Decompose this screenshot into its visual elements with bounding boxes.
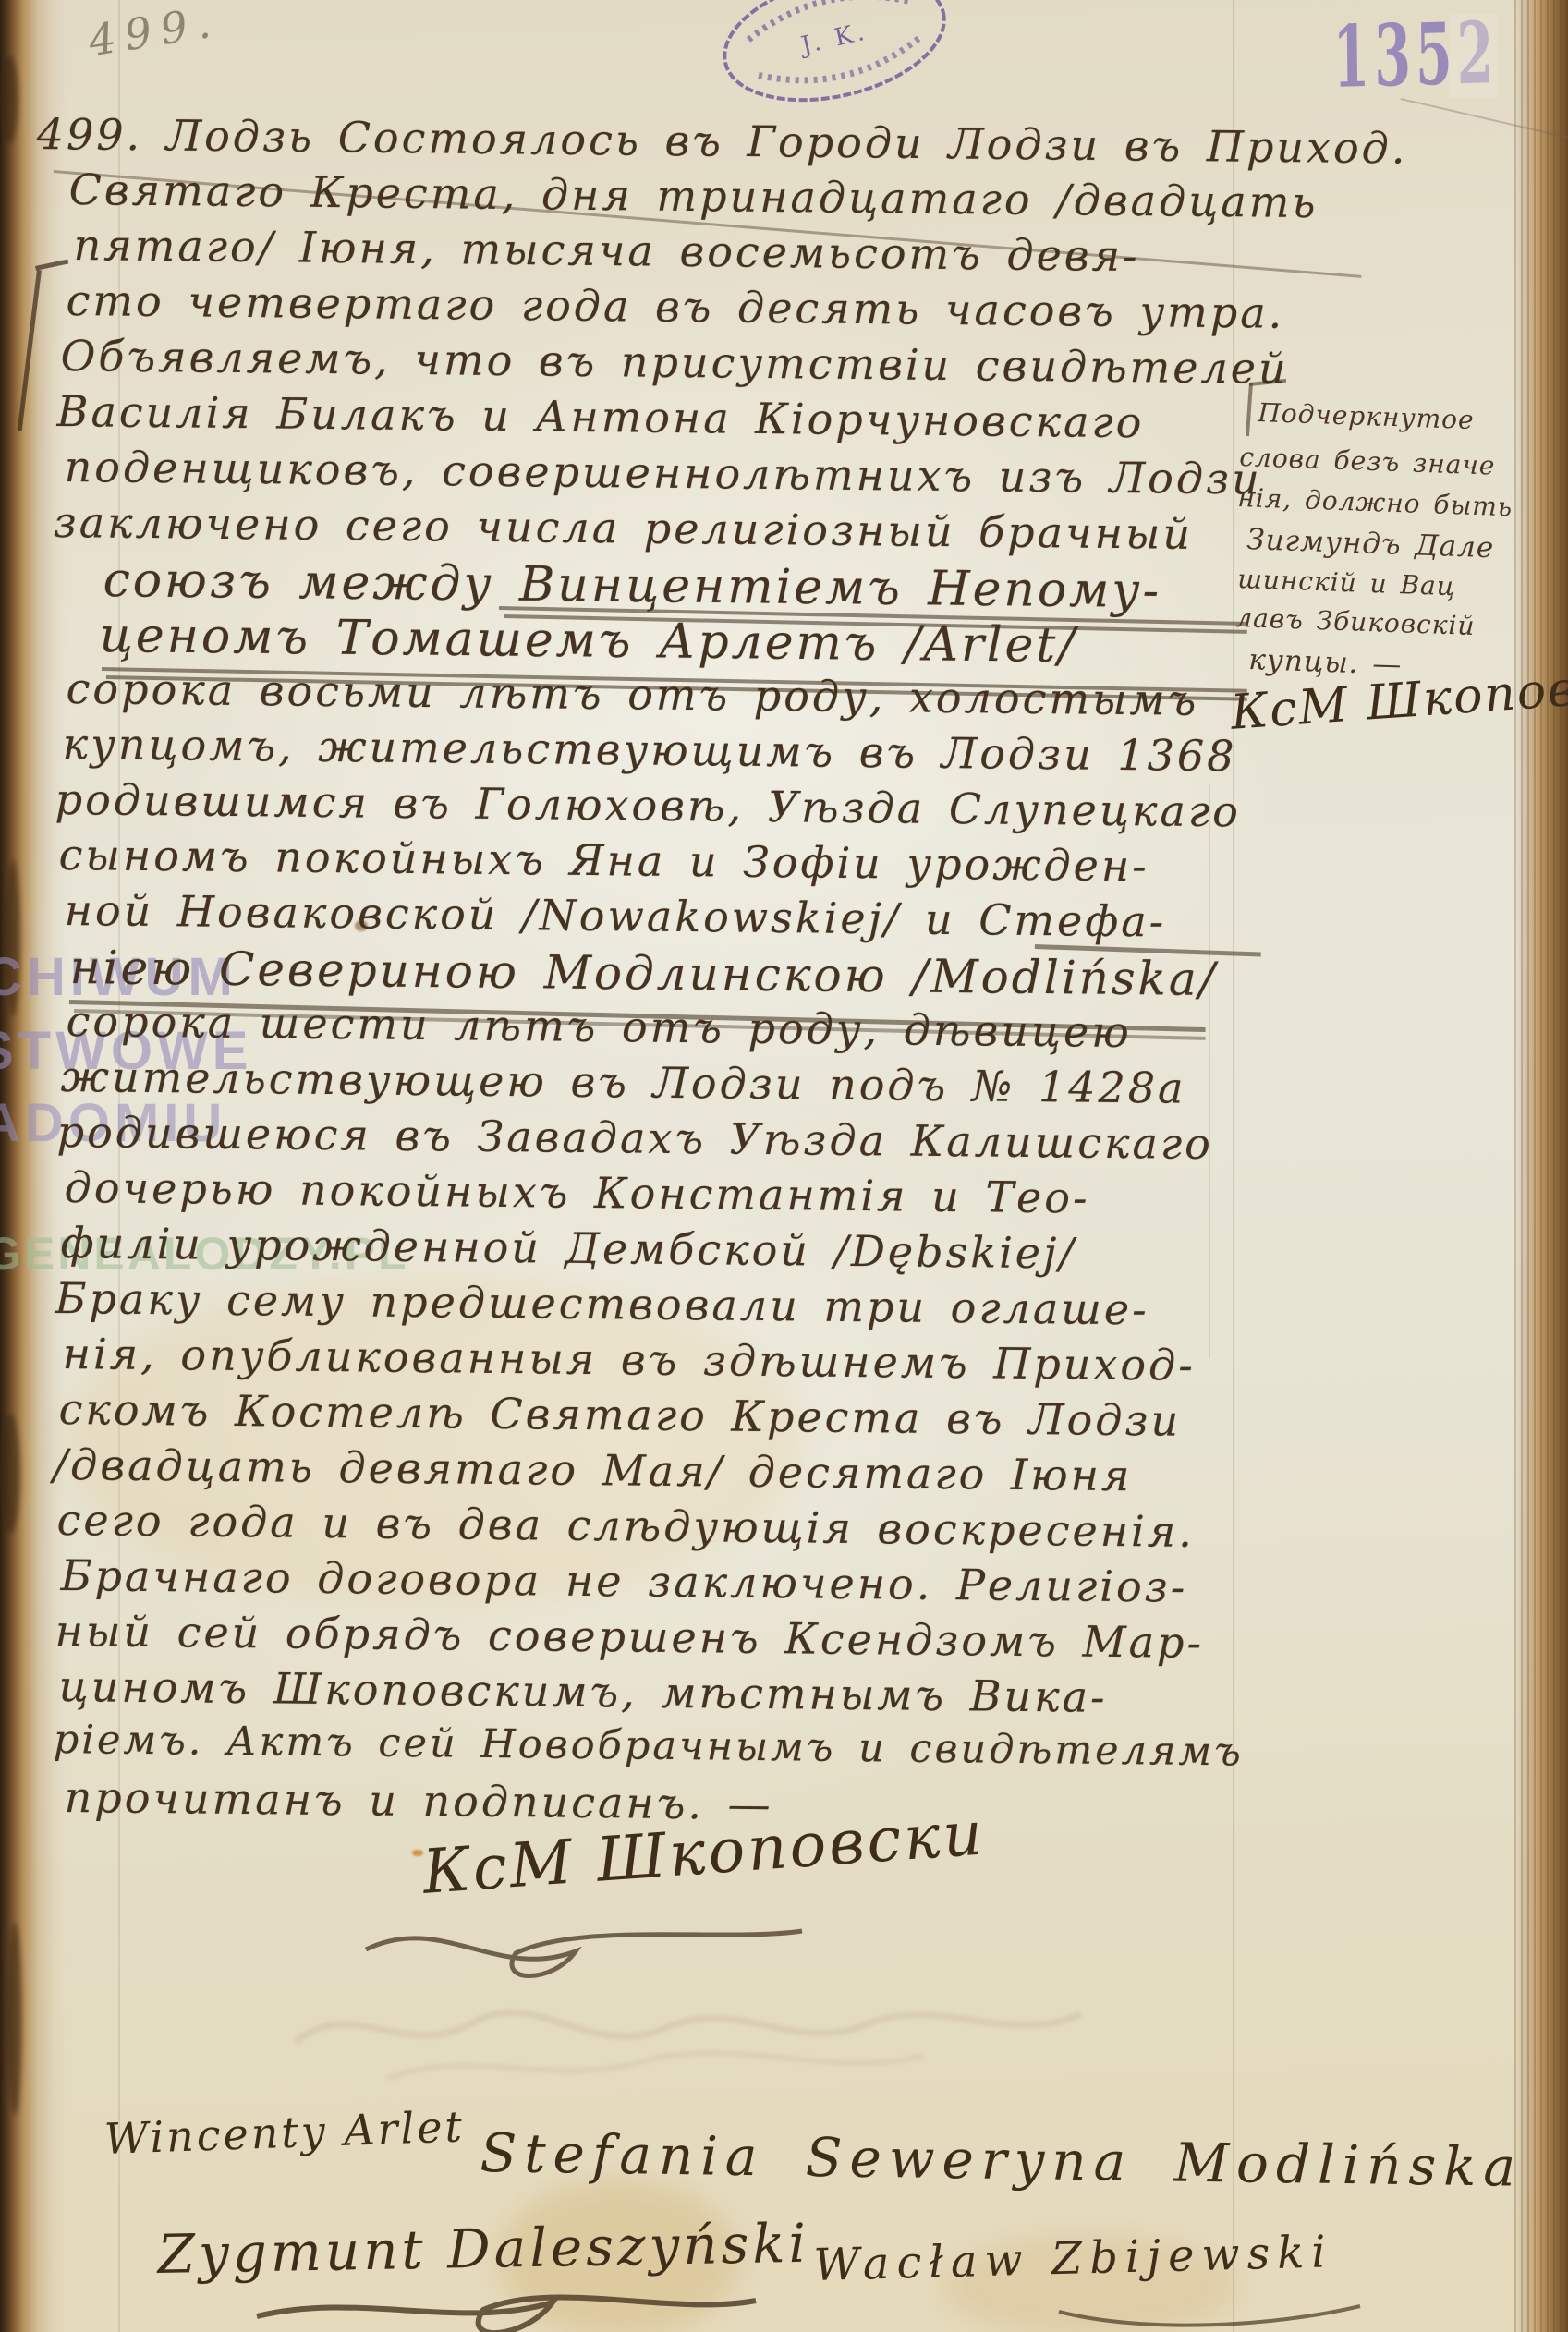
- flourish-stroke: [1059, 2306, 1360, 2326]
- margin-note-line: слова безъ значе: [1239, 442, 1496, 481]
- bleed-stroke: [388, 2053, 924, 2079]
- record-line: родившеюся въ Завадахъ Уѣзда Калишскаго: [56, 1107, 1213, 1169]
- record-line: Святаго Креста, дня тринадцатаго /двадца…: [68, 164, 1318, 227]
- pencil-entry-number: 499.: [85, 0, 223, 66]
- torn-paper-spot: [7, 1922, 22, 2116]
- record-line: Брачнаго договора не заключено. Религіоз…: [60, 1550, 1187, 1612]
- record-line: ніею Севериною Модлинскою /Modlińska/: [69, 941, 1217, 1006]
- record-line: родившимся въ Голюховѣ, Уѣзда Слупецкаго: [55, 774, 1241, 836]
- oval-stamp: J. K.: [701, 0, 966, 129]
- torn-paper-spot: [0, 55, 18, 143]
- record-line: жительствующею въ Лодзи подъ № 1428а: [60, 1051, 1185, 1113]
- record-line: филіи урожденной Дембской /Dębskiej/: [60, 1218, 1076, 1279]
- margin-note-line: Подчеркнутое: [1258, 397, 1475, 435]
- record-line: купцомъ, жительствующимъ въ Лодзи 1368: [62, 719, 1236, 781]
- record-line: циномъ Шкоповскимъ, мѣстнымъ Вика-: [58, 1661, 1107, 1722]
- page-edge: [1514, 0, 1568, 2332]
- record-line: поденщиковъ, совершеннолѣтнихъ изъ Лодзи: [64, 442, 1262, 504]
- record-line: ріемъ. Актъ сей Новобрачнымъ и свидѣтеля…: [53, 1717, 1244, 1775]
- record-line: ной Новаковской /Nowakowskiej/ и Стефа-: [64, 885, 1166, 946]
- margin-note-line: лавъ Збиковскій: [1235, 602, 1476, 641]
- record-line: заключено сего числа религіозный брачный: [53, 497, 1193, 559]
- record-line: сто четвертаго года въ десять часовъ утр…: [66, 275, 1284, 338]
- signature-flourish: [1053, 2299, 1367, 2332]
- record-line: 499. Лодзь Состоялось въ Городи Лодзи въ…: [36, 109, 1407, 174]
- stamp-fade: [1449, 13, 1497, 98]
- record-line: дочерью покойныхъ Константія и Тео-: [64, 1162, 1089, 1223]
- bleed-stroke: [296, 2012, 1081, 2042]
- record-line: ный сей обрядъ совершенъ Ксендзомъ Мар-: [55, 1606, 1204, 1668]
- signature-flourish: [248, 2275, 765, 2332]
- torn-paper-spot: [0, 1414, 20, 1534]
- record-line: Объявляемъ, что въ присутствіи свидѣтеле…: [60, 331, 1289, 394]
- margin-note-line: шинскій и Вац: [1237, 564, 1456, 601]
- record-line: Василія Билакъ и Антона Кіорчуновскаго: [56, 386, 1144, 447]
- margin-note-line: нія, должно быть: [1237, 482, 1513, 522]
- margin-note-line: Зигмундъ Дале: [1246, 523, 1495, 565]
- record-line: пятаго/ Іюня, тысяча восемьсотъ девя-: [73, 220, 1139, 281]
- record-line: сыномъ покойныхъ Яна и Зофіи урожден-: [58, 830, 1149, 891]
- vertical-crease: [1209, 785, 1210, 1358]
- scanned-page: CHIWUM STWOWE ADOMIU GENEALODZY.PL 499. …: [0, 0, 1568, 2332]
- flourish-stroke: [257, 2297, 756, 2332]
- ink-bleedthrough: [277, 1959, 1109, 2097]
- oval-stamp-center-text: J. K.: [796, 18, 870, 60]
- signature-groom: Wincenty Arlet: [103, 2101, 466, 2164]
- oval-stamp-border: [712, 0, 956, 120]
- signature-witness-2: Wacław Zbijewski: [813, 2226, 1333, 2291]
